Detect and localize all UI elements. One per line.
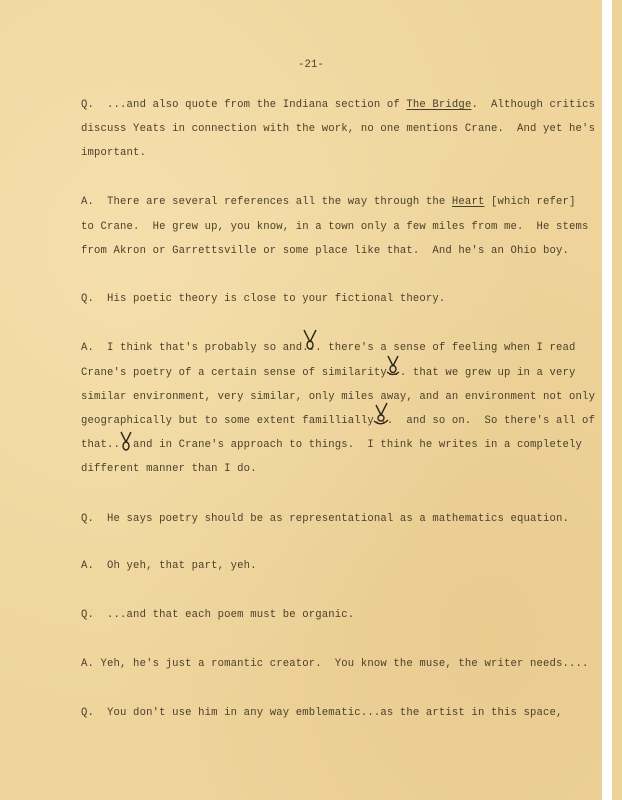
question-line: Q. His poetic theory is close to your fi… <box>81 292 445 306</box>
typewritten-page: -21- Q. ...and also quote from the India… <box>0 0 612 800</box>
answer-line: similar environment, very similar, only … <box>81 390 595 404</box>
answer-line: A. There are several references all the … <box>81 195 576 209</box>
question-line: discuss Yeats in connection with the wor… <box>81 122 595 136</box>
page-number: -21- <box>0 59 622 71</box>
question-line: Q. You don't use him in any way emblemat… <box>81 706 563 720</box>
delete-mark-icon <box>372 403 390 425</box>
scan-edge <box>602 0 612 800</box>
answer-line: A. I think that's probably so and... the… <box>81 341 576 355</box>
text-run: . Although critics <box>471 99 595 111</box>
text-run: Q. ...and also quote from the Indiana se… <box>81 99 406 111</box>
delete-mark-icon <box>301 329 319 351</box>
text-run: [which refer] <box>484 196 575 208</box>
text-run: A. There are several references all the … <box>81 196 452 208</box>
answer-line: A. Yeh, he's just a romantic creator. Yo… <box>81 657 589 671</box>
answer-line: to Crane. He grew up, you know, in a tow… <box>81 220 589 234</box>
question-line: Q. ...and also quote from the Indiana se… <box>81 98 595 112</box>
delete-mark-icon <box>117 431 135 453</box>
answer-line: from Akron or Garrettsville or some plac… <box>81 244 569 258</box>
underlined-title-the-bridge: The Bridge <box>406 99 471 111</box>
answer-line: different manner than I do. <box>81 462 257 476</box>
answer-line: A. Oh yeh, that part, yeh. <box>81 559 257 573</box>
underlined-title-heart: Heart <box>452 196 485 208</box>
question-line: Q. He says poetry should be as represent… <box>81 512 569 526</box>
question-line: Q. ...and that each poem must be organic… <box>81 608 354 622</box>
answer-line: that... and in Crane's approach to thing… <box>81 438 582 452</box>
question-line: important. <box>81 146 146 160</box>
delete-mark-icon <box>384 355 402 377</box>
answer-line: Crane's poetry of a certain sense of sim… <box>81 366 576 380</box>
answer-line: geographically but to some extent famill… <box>81 414 595 428</box>
